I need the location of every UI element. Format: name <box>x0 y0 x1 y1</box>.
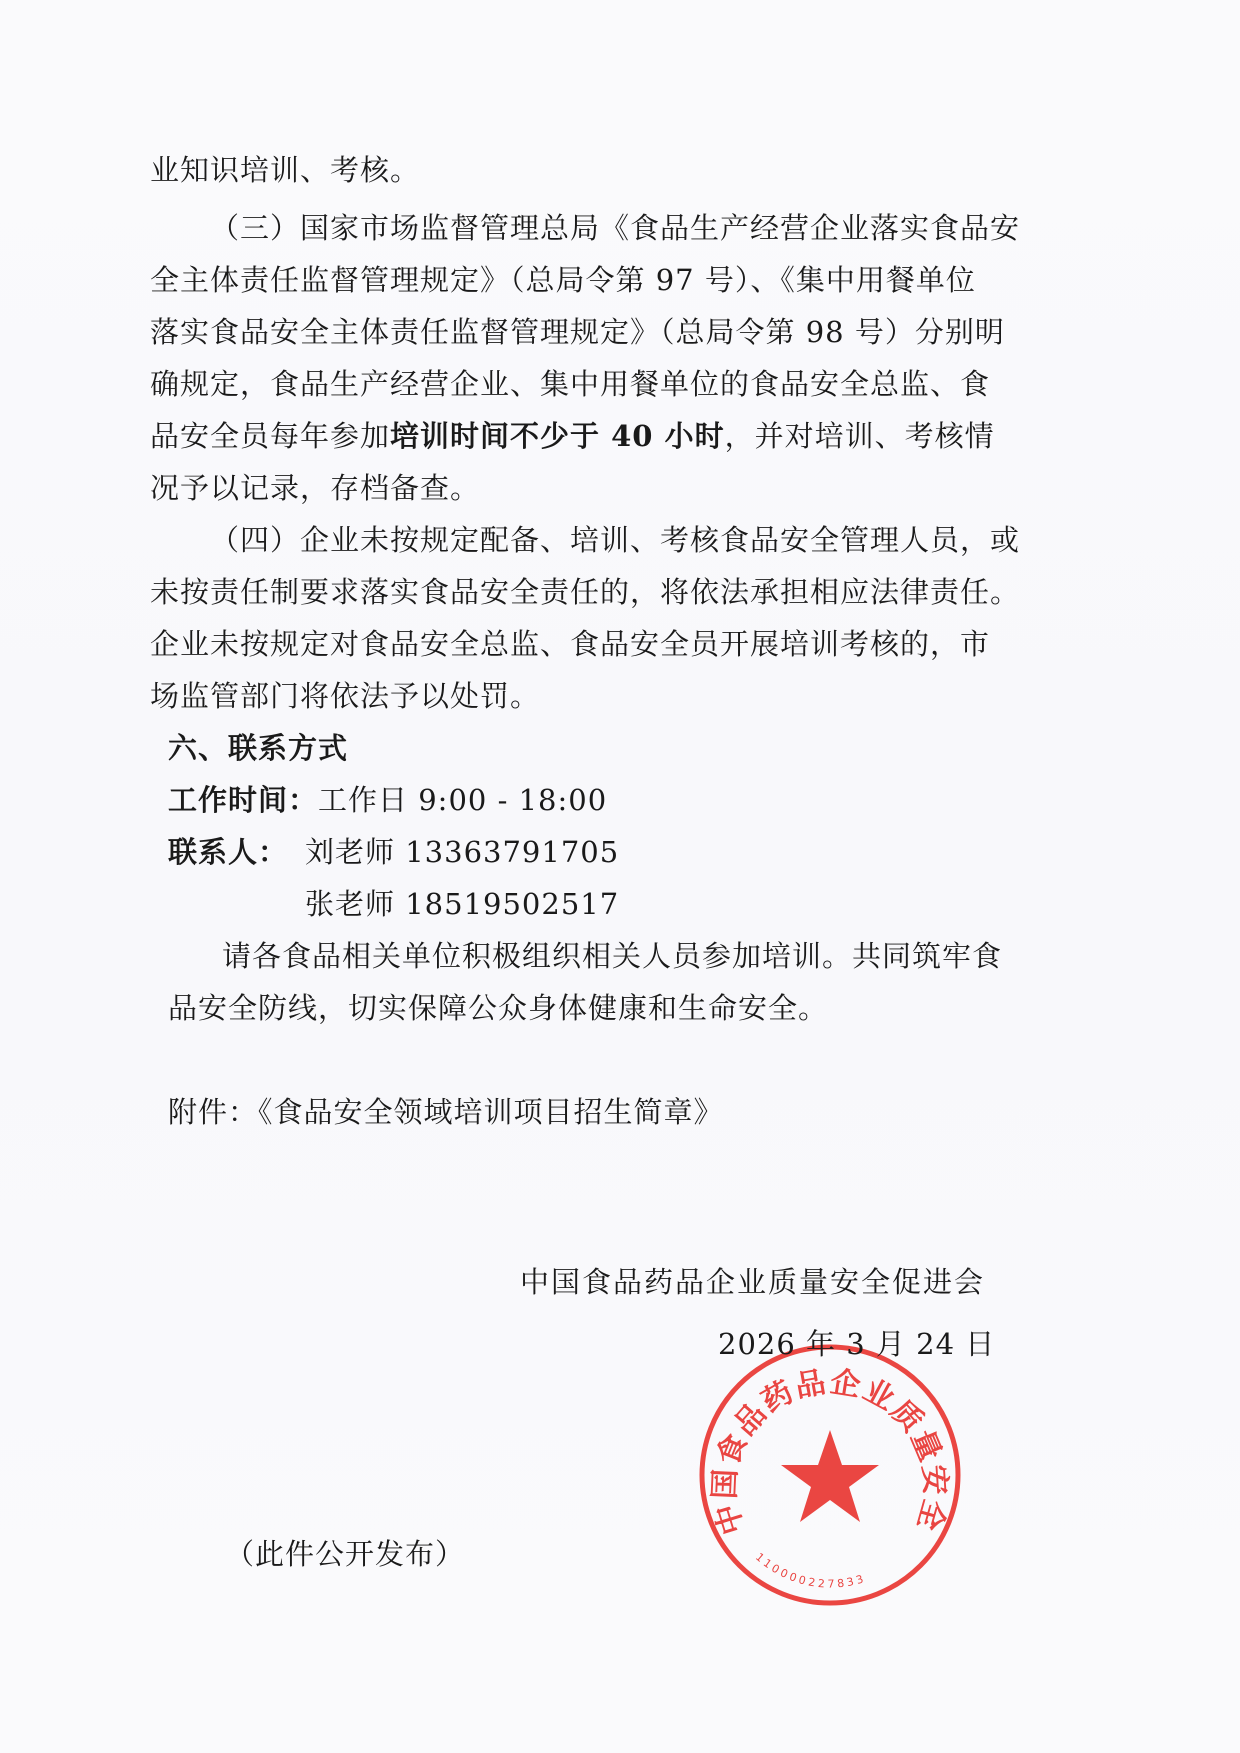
work-hours-label: 工作时间： <box>168 783 318 817</box>
attachment-label: 附件： <box>168 1095 258 1129</box>
paragraph-4-line-3: 企业未按规定对食品安全总监、食品安全员开展培训考核的，市 <box>150 624 990 664</box>
text-span: 品安全员每年参加 <box>150 419 390 453</box>
closing-line-1: 请各食品相关单位积极组织相关人员参加培训。共同筑牢食 <box>222 936 1002 976</box>
official-seal-icon: 中国食品药品企业质量安全促进会 110000227833 <box>695 1340 965 1610</box>
paragraph-3-line-2: 全主体责任监督管理规定》（总局令第 97 号）、《集中用餐单位 <box>150 260 940 300</box>
paragraph-4-line-1: （四）企业未按规定配备、培训、考核食品安全管理人员，或 <box>210 520 1020 560</box>
paragraph-4-line-2: 未按责任制要求落实食品安全责任的，将依法承担相应法律责任。 <box>150 572 1020 612</box>
closing-line-2: 品安全防线，切实保障公众身体健康和生命安全。 <box>168 988 828 1028</box>
document-page: 业知识培训、考核。 （三）国家市场监督管理总局《食品生产经营企业落实食品安 全主… <box>0 0 1240 1753</box>
signing-organization: 中国食品药品企业质量安全促进会 <box>520 1262 985 1302</box>
work-hours-value: 工作日 9:00 - 18:00 <box>318 783 607 817</box>
paragraph-3-line-4: 确规定，食品生产经营企业、集中用餐单位的食品安全总监、食 <box>150 364 940 404</box>
attachment-row: 附件：《食品安全领域培训项目招生简章》 <box>168 1092 724 1132</box>
contact-person-2: 张老师 18519502517 <box>305 884 619 924</box>
text-line: 业知识培训、考核。 <box>150 150 420 190</box>
publication-note: （此件公开发布） <box>225 1534 465 1574</box>
paragraph-3-line-6: 况予以记录，存档备查。 <box>150 468 480 508</box>
text-line: （三）国家市场监督管理总局《食品生产经营企业落实食品安 <box>210 208 940 248</box>
emphasized-requirement: 培训时间不少于 40 小时 <box>390 419 725 453</box>
paragraph-3-line-1: （三）国家市场监督管理总局《食品生产经营企业落实食品安 <box>210 208 1020 248</box>
contact-person-label: 联系人： <box>168 832 288 872</box>
svg-text:110000227833: 110000227833 <box>753 1550 868 1590</box>
signing-date: 2026 年 3 月 24 日 <box>718 1324 995 1364</box>
work-hours-row: 工作时间：工作日 9:00 - 18:00 <box>168 780 607 820</box>
svg-text:中国食品药品企业质量安全促进会: 中国食品药品企业质量安全促进会 <box>695 1340 953 1539</box>
paragraph-4-line-4: 场监管部门将依法予以处罚。 <box>150 676 540 716</box>
paragraph-3-line-3: 落实食品安全主体责任监督管理规定》（总局令第 98 号）分别明 <box>150 312 940 352</box>
paragraph-3-line-5: 品安全员每年参加培训时间不少于 40 小时，并对培训、考核情 <box>150 416 940 456</box>
section-heading-contact: 六、联系方式 <box>168 728 348 768</box>
text-span: ，并对培训、考核情 <box>725 419 995 453</box>
contact-person-1: 刘老师 13363791705 <box>305 832 619 872</box>
attachment-title: 《食品安全领域培训项目招生简章》 <box>258 1095 724 1129</box>
